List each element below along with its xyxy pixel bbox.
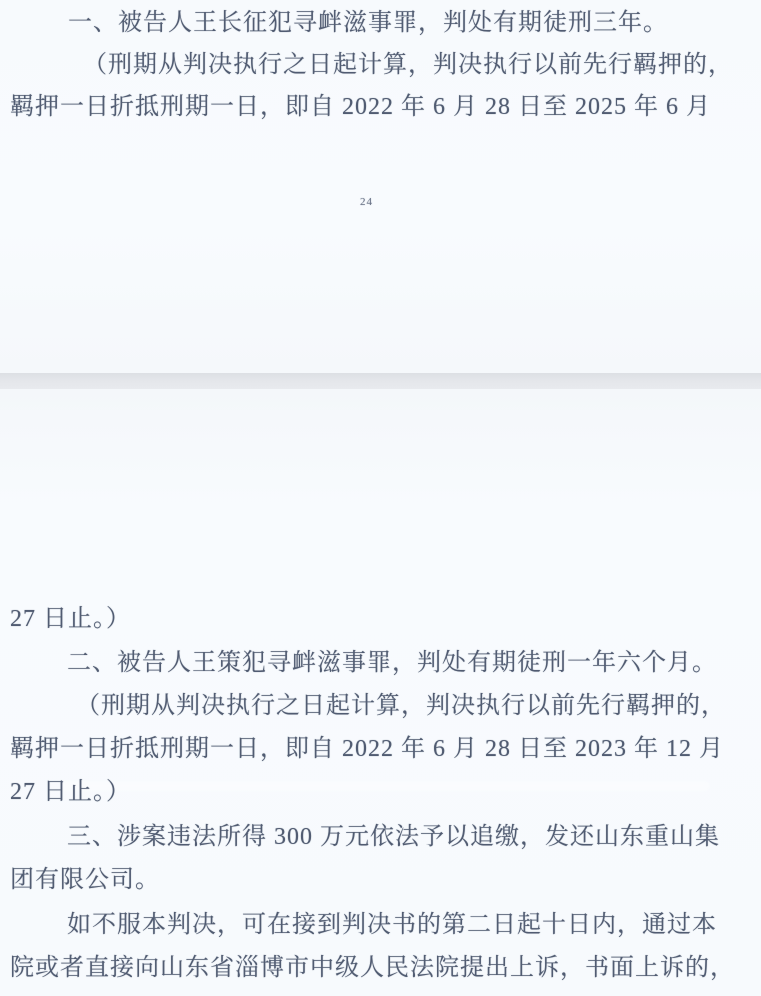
- company-name-line: 团有限公司。: [10, 867, 160, 895]
- sentence-term-note-line-2: （刑期从判决执行之日起计算，判决执行以前先行羁押的，: [76, 693, 726, 721]
- sentence-term-note-line: （刑期从判决执行之日起计算，判决执行以前先行羁押的，: [83, 52, 733, 80]
- detention-offset-line: 羁押一日折抵刑期一日，即自 2022 年 6 月 28 日至 2025 年 6 …: [10, 94, 711, 122]
- page-1: 一、被告人王长征犯寻衅滋事罪，判处有期徒刑三年。 （刑期从判决执行之日起计算，判…: [0, 0, 761, 373]
- document-canvas: 一、被告人王长征犯寻衅滋事罪，判处有期徒刑三年。 （刑期从判决执行之日起计算，判…: [0, 0, 761, 996]
- date-end-line: 27 日止。）: [10, 606, 131, 634]
- judgment-item-1-line: 一、被告人王长征犯寻衅滋事罪，判处有期徒刑三年。: [68, 10, 668, 38]
- appeal-instruction-line-1: 如不服本判决，可在接到判决书的第二日起十日内，通过本: [67, 912, 717, 940]
- judgment-item-3-line: 三、涉案违法所得 300 万元依法予以追缴，发还山东重山集: [67, 824, 720, 852]
- page-number: 24: [360, 196, 373, 208]
- detention-offset-line-2: 羁押一日折抵刑期一日，即自 2022 年 6 月 28 日至 2023 年 12…: [10, 736, 724, 764]
- page-2: 27 日止。） 二、被告人王策犯寻衅滋事罪，判处有期徒刑一年六个月。 （刑期从判…: [0, 389, 761, 996]
- judgment-item-2-line: 二、被告人王策犯寻衅滋事罪，判处有期徒刑一年六个月。: [67, 650, 717, 678]
- date-end-line-2: 27 日止。）: [10, 779, 131, 807]
- appeal-instruction-line-2: 院或者直接向山东省淄博市中级人民法院提出上诉，书面上诉的，: [10, 955, 735, 983]
- page-separator-bar: [0, 373, 761, 389]
- scan-artifact: [60, 781, 710, 791]
